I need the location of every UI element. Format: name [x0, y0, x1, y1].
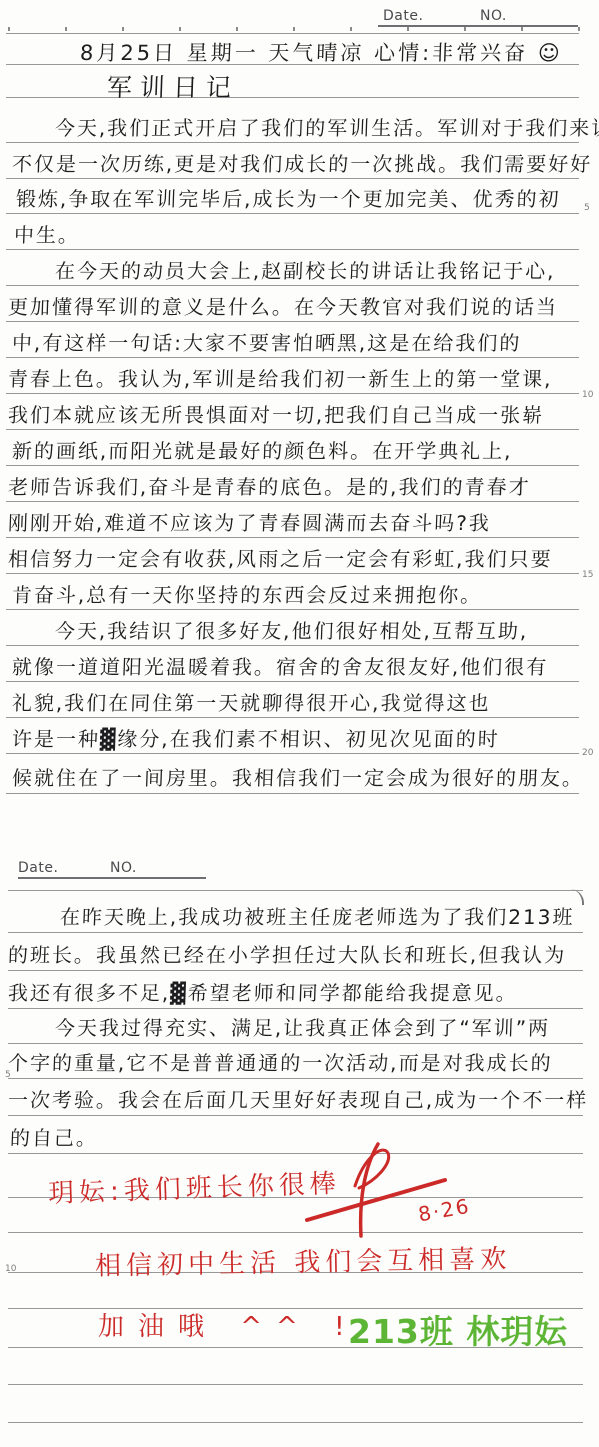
p1-line: 锻炼,争取在军训完毕后,成长为一个更加完美、优秀的初: [15, 183, 561, 212]
p1-margin-number-10: 10: [582, 390, 593, 400]
p2-margin-number-5: 5: [5, 1070, 11, 1080]
rule-line: [8, 932, 583, 933]
rule-line: [6, 97, 579, 98]
rule-line: [6, 285, 579, 286]
page1-margin-ticks: [8, 27, 581, 31]
rule-line: [6, 537, 579, 538]
p1-line: 我们本就应该无所畏惧面对一切,把我们自己当成一张崭: [7, 399, 544, 428]
rule-line: [8, 1043, 583, 1044]
teacher-signature-flourish: [293, 1138, 453, 1243]
rule-line: [6, 753, 579, 754]
rule-line: [6, 357, 579, 358]
p1-line: 更加懂得军训的意义是什么。在今天教官对我们说的话当: [7, 291, 558, 320]
p2-line: 个字的重量,它不是普普通通的一次活动,而是对我成长的: [7, 1047, 553, 1076]
rule-line: [6, 501, 579, 502]
p1-line: 不仅是一次历练,更是对我们成长的一次挑战。我们需要好好: [11, 148, 592, 177]
rule-line: [6, 645, 579, 646]
teacher-comment-line2: 相信初中生活 我们会互相喜欢: [95, 1238, 512, 1282]
diary-date-line: 8月25日 星期一 天气晴凉 心情:非常兴奋 ☺: [79, 37, 563, 67]
p2-line: 的自己。: [9, 1122, 98, 1151]
class-name-stamp: 213班 林玥妘: [348, 1306, 568, 1353]
p2-line: 今天我过得充实、满足,让我真正体会到了“军训”两: [54, 1012, 550, 1041]
p1-line: 相信努力一定会有收获,风雨之后一定会有彩虹,我们只要: [7, 543, 553, 572]
page2-header-underline: [18, 877, 206, 879]
page2-date-label: Date.: [18, 860, 58, 876]
rule-line: [6, 393, 579, 394]
rule-line: [6, 717, 579, 718]
teacher-comment-line3: 加油哦 ^^ !: [98, 1306, 359, 1343]
p1-line: 肯奋斗,总有一天你坚持的东西会反过来拥抱你。: [11, 579, 482, 608]
rule-line: [8, 1422, 583, 1423]
p2-line: 我还有很多不足,▓希望老师和同学都能给我提意见。: [7, 977, 518, 1006]
p1-line: 中,有这样一句话:大家不要害怕晒黑,这是在给我们的: [11, 327, 521, 356]
p1-line: 今天,我结识了很多好友,他们很好相处,互帮互助,: [54, 615, 528, 644]
p1-line: 中生。: [13, 219, 80, 248]
rule-line: [6, 178, 579, 179]
p2-margin-number-10: 10: [5, 1264, 16, 1274]
rule-line: [6, 465, 579, 466]
rule-line: [6, 213, 579, 214]
p1-line: 候就住在了一间房里。我相信我们一定会成为很好的朋友。: [11, 762, 584, 791]
page1-no-label: NO.: [480, 8, 507, 24]
p1-margin-number-5: 5: [584, 203, 590, 213]
rule-line: [8, 1115, 583, 1116]
p1-line: 今天,我们正式开启了我们的军训生活。军训对于我们来说,: [54, 112, 599, 141]
rule-line: [6, 249, 579, 250]
p1-line: 新的画纸,而阳光就是最好的颜色料。在开学典礼上,: [11, 435, 513, 464]
rule-line: [8, 970, 583, 971]
rule-line: [8, 1008, 583, 1009]
rule-line: [6, 429, 579, 430]
diary-scan: Date. NO. 8月25日 星期一 天气晴凉 心情:非常兴奋 ☺ 军训日记 …: [0, 0, 599, 1447]
diary-title: 军训日记: [106, 68, 239, 104]
p1-margin-number-20: 20: [582, 748, 593, 758]
rule-line: [8, 1384, 583, 1385]
rule-line: [8, 890, 583, 891]
p1-line: 就像一道道阳光温暖着我。宿舍的舍友很友好,他们很有: [11, 651, 548, 680]
p2-line: 在昨天晚上,我成功被班主任庞老师选为了我们213班: [59, 901, 575, 930]
p1-line: 青春上色。我认为,军训是给我们初一新生上的第一堂课,: [7, 363, 553, 392]
rule-line: [6, 321, 579, 322]
page2-no-label: NO.: [110, 860, 137, 876]
p1-line: 许是一种▓缘分,在我们素不相识、初见次见面的时: [11, 723, 500, 752]
p1-line: 礼貌,我们在同住第一天就聊得很开心,我觉得这也: [11, 687, 491, 716]
p1-line: 老师告诉我们,奋斗是青春的底色。是的,我们的青春才: [7, 471, 531, 500]
rule-line: [6, 609, 579, 610]
p1-margin-number-15: 15: [582, 570, 593, 580]
p1-line: 刚刚开始,难道不应该为了青春圆满而去奋斗吗?我: [7, 507, 491, 536]
rule-line: [6, 33, 579, 34]
rule-line: [6, 142, 579, 143]
p2-line: 一次考验。我会在后面几天里好好表现自己,成为一个不一样: [7, 1084, 588, 1113]
rule-line: [6, 573, 579, 574]
p2-line: 的班长。我虽然已经在小学担任过大队长和班长,但我认为: [7, 939, 566, 968]
rule-line: [6, 793, 579, 794]
rule-line: [6, 681, 579, 682]
p1-line: 在今天的动员大会上,赵副校长的讲话让我铭记于心,: [54, 255, 556, 284]
page1-date-label: Date.: [383, 8, 423, 24]
rule-line: [8, 1078, 583, 1079]
